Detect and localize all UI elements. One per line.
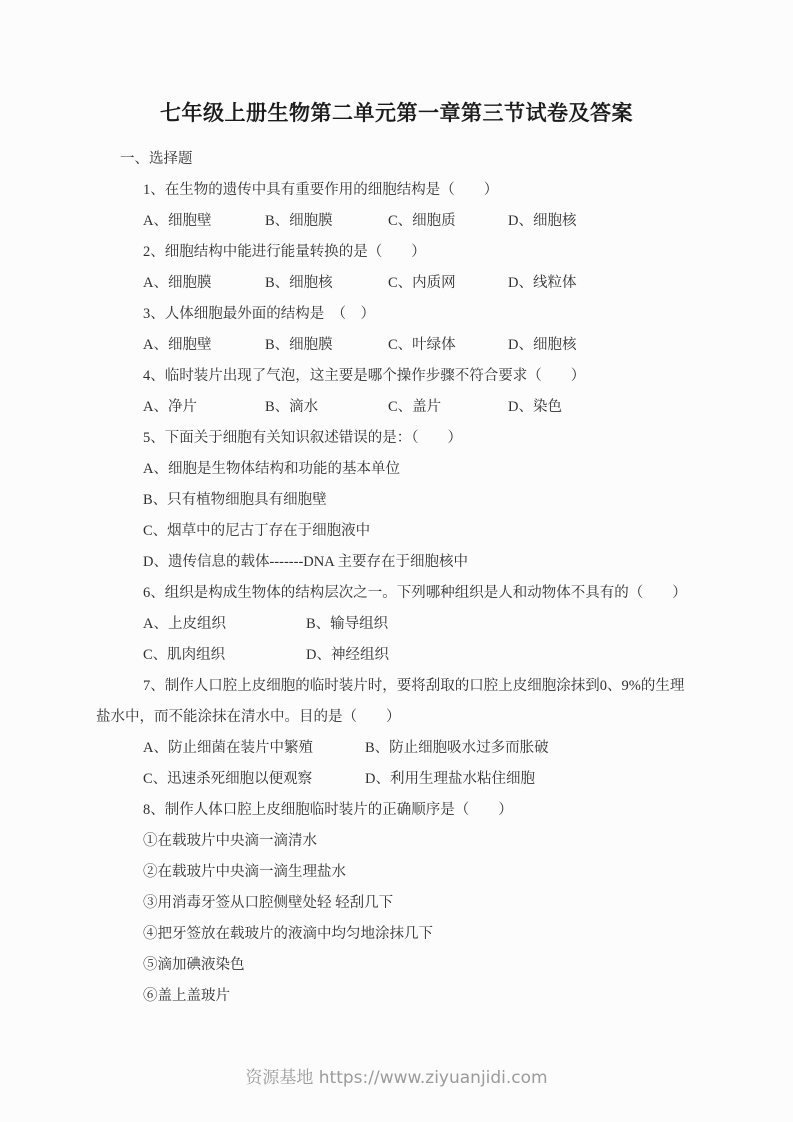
option-d: D、利用生理盐水粘住细胞 bbox=[365, 764, 535, 795]
option-c: C、细胞质 bbox=[388, 206, 508, 237]
option-d: D、神经组织 bbox=[306, 640, 389, 671]
question-1-text: 1、在生物的遗传中具有重要作用的细胞结构是（ ） bbox=[96, 175, 733, 206]
option-c: C、肌肉组织 bbox=[143, 640, 306, 671]
footer-site-link[interactable]: 资源基地 https://www.ziyuanjidi.com bbox=[0, 1063, 793, 1088]
option-a: A、细胞膜 bbox=[143, 268, 265, 299]
question-5-option-d: D、遗传信息的载体-------DNA 主要存在于细胞核中 bbox=[96, 547, 733, 578]
question-6-text: 6、组织是构成生物体的结构层次之一。下列哪种组织是人和动物体不具有的（ ） bbox=[96, 578, 733, 609]
option-a: A、细胞壁 bbox=[143, 330, 265, 361]
question-5-option-b: B、只有植物细胞具有细胞壁 bbox=[96, 485, 733, 516]
option-c: C、迅速杀死细胞以便观察 bbox=[143, 764, 365, 795]
option-c: C、内质网 bbox=[388, 268, 508, 299]
question-1-options: A、细胞壁 B、细胞膜 C、细胞质 D、细胞核 bbox=[96, 206, 733, 237]
question-6-options-row-2: C、肌肉组织 D、神经组织 bbox=[96, 640, 733, 671]
question-3-text: 3、人体细胞最外面的结构是 （ ） bbox=[96, 299, 733, 330]
option-a: A、防止细菌在装片中繁殖 bbox=[143, 733, 365, 764]
question-5-option-c: C、烟草中的尼古丁存在于细胞液中 bbox=[96, 516, 733, 547]
option-b: B、防止细胞吸水过多而胀破 bbox=[365, 733, 549, 764]
question-8-step-5: ⑤滴加碘液染色 bbox=[96, 950, 733, 981]
question-8-step-2: ②在载玻片中央滴一滴生理盐水 bbox=[96, 857, 733, 888]
option-c: C、叶绿体 bbox=[388, 330, 508, 361]
option-d: D、细胞核 bbox=[508, 206, 576, 237]
option-b: B、细胞膜 bbox=[265, 206, 388, 237]
option-b: B、细胞膜 bbox=[265, 330, 388, 361]
option-d: D、线粒体 bbox=[508, 268, 576, 299]
question-list: 1、在生物的遗传中具有重要作用的细胞结构是（ ） A、细胞壁 B、细胞膜 C、细… bbox=[96, 175, 733, 1012]
question-7-options-row-1: A、防止细菌在装片中繁殖 B、防止细胞吸水过多而胀破 bbox=[96, 733, 733, 764]
option-d: D、细胞核 bbox=[508, 330, 576, 361]
section-heading-multiple-choice: 一、选择题 bbox=[96, 144, 793, 175]
question-8-step-6: ⑥盖上盖玻片 bbox=[96, 981, 733, 1012]
question-4-text: 4、临时装片出现了气泡，这主要是哪个操作步骤不符合要求（ ） bbox=[96, 361, 733, 392]
question-7-text-line-2: 盐水中，而不能涂抹在清水中。目的是（ ） bbox=[96, 702, 733, 733]
option-a: A、细胞壁 bbox=[143, 206, 265, 237]
option-a: A、净片 bbox=[143, 392, 265, 423]
option-b: B、滴水 bbox=[265, 392, 388, 423]
question-8-step-3: ③用消毒牙签从口腔侧壁处轻 轻刮几下 bbox=[96, 888, 733, 919]
question-5-option-a: A、细胞是生物体结构和功能的基本单位 bbox=[96, 454, 733, 485]
question-8-step-4: ④把牙签放在载玻片的液滴中均匀地涂抹几下 bbox=[96, 919, 733, 950]
option-a: A、上皮组织 bbox=[143, 609, 306, 640]
question-5-text: 5、下面关于细胞有关知识叙述错误的是：（ ） bbox=[96, 423, 733, 454]
option-b: B、输导组织 bbox=[306, 609, 388, 640]
question-7-options-row-2: C、迅速杀死细胞以便观察 D、利用生理盐水粘住细胞 bbox=[96, 764, 733, 795]
option-b: B、细胞核 bbox=[265, 268, 388, 299]
question-7-text-line-1: 7、制作人口腔上皮细胞的临时装片时，要将刮取的口腔上皮细胞涂抹到0、9%的生理 bbox=[96, 671, 733, 702]
option-d: D、染色 bbox=[508, 392, 562, 423]
question-4-options: A、净片 B、滴水 C、盖片 D、染色 bbox=[96, 392, 733, 423]
question-6-options-row-1: A、上皮组织 B、输导组织 bbox=[96, 609, 733, 640]
question-2-options: A、细胞膜 B、细胞核 C、内质网 D、线粒体 bbox=[96, 268, 733, 299]
page-title: 七年级上册生物第二单元第一章第三节试卷及答案 bbox=[0, 0, 793, 126]
question-8-text: 8、制作人体口腔上皮细胞临时装片的正确顺序是（ ） bbox=[96, 795, 733, 826]
question-2-text: 2、细胞结构中能进行能量转换的是（ ） bbox=[96, 237, 733, 268]
option-c: C、盖片 bbox=[388, 392, 508, 423]
question-8-step-1: ①在载玻片中央滴一滴清水 bbox=[96, 826, 733, 857]
question-3-options: A、细胞壁 B、细胞膜 C、叶绿体 D、细胞核 bbox=[96, 330, 733, 361]
document-page: 七年级上册生物第二单元第一章第三节试卷及答案 一、选择题 1、在生物的遗传中具有… bbox=[0, 0, 793, 1122]
